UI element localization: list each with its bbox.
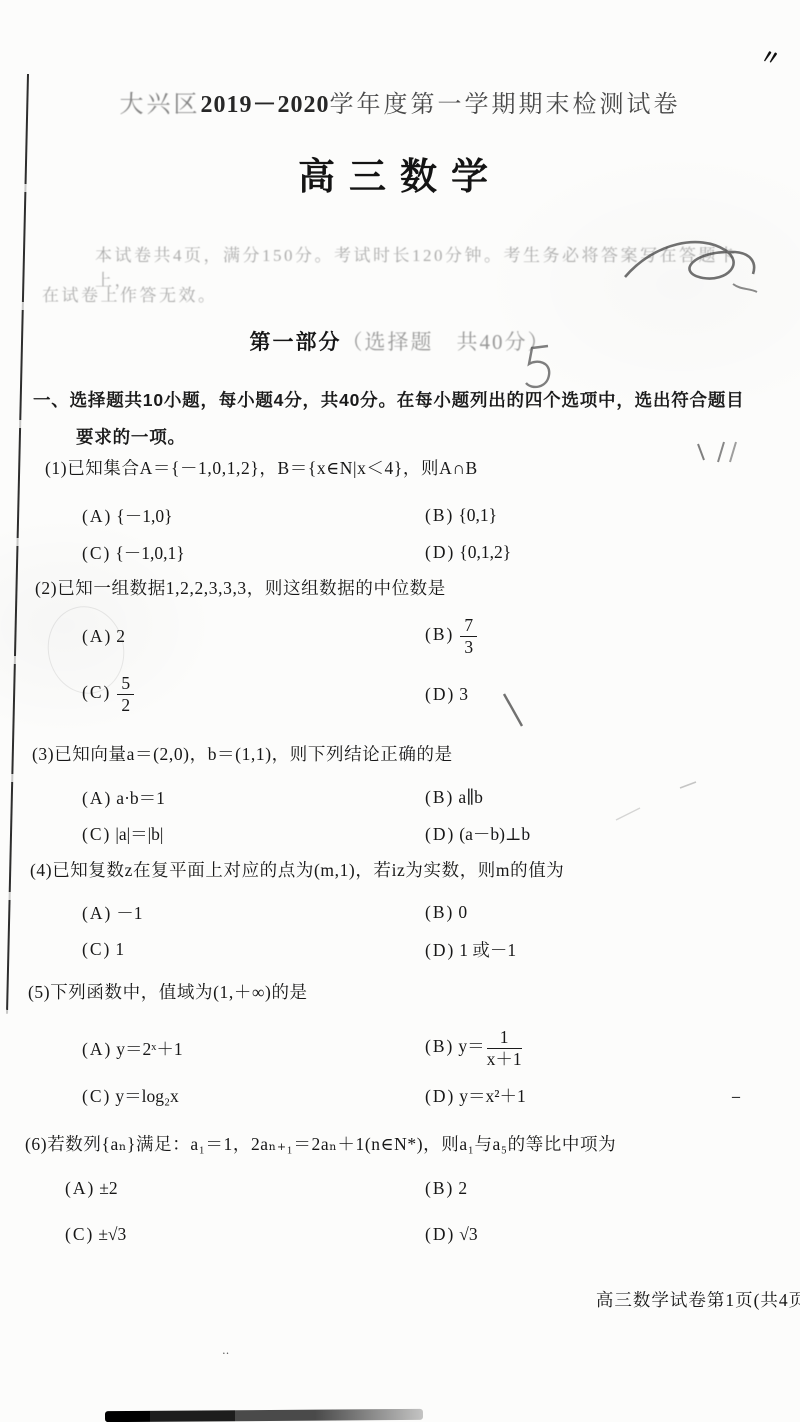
header-year: 2019－2020 [201,92,330,118]
section-1-subtitle: （选择题 共40分） [342,330,551,354]
corner-ditto-mark: 〃 [757,40,784,74]
part1-intro-line-2: 要求的一项。 [76,424,186,449]
question-6-stem: (6)若数列{aₙ}满足：a₁＝1，2aₙ₊₁＝2aₙ＋1(n∈N*)，则a₁与… [25,1131,770,1156]
question-6-options-row-1: (A)±2 (B)2 [30,1178,770,1199]
instructions-line-2: 在试卷上作答无效。 [42,281,218,306]
option-2d: (D)3 [425,684,770,705]
question-5-options-row-2: (C)y＝log₂x (D)y＝x²＋1 [30,1083,770,1108]
page-title: 高三数学 [0,146,800,200]
scan-speck: ‥ [222,1344,231,1357]
option-6d: (D)√3 [425,1224,770,1245]
option-3a: (A)a·b＝1 [30,785,425,810]
option-6a: (A)±2 [30,1178,425,1199]
footer-page-number: 高三数学试卷第1页(共4页) [596,1287,800,1312]
option-1a: (A){－1,0} [30,503,425,528]
option-6c: (C)±√3 [30,1224,425,1245]
option-4d: (D)1 或－1 [425,937,770,962]
question-5-options-row-1: (A)y＝2ˣ＋1 (B)y＝1x＋1 [30,1020,770,1076]
exam-header: 大兴区2019－2020学年度第一学期期末检测试卷 [0,84,800,119]
question-2-stem: (2)已知一组数据1,2,2,3,3,3，则这组数据的中位数是 [35,575,780,600]
question-1-stem: (1)已知集合A＝{－1,0,1,2}，B＝{x∈N|x＜4}，则A∩B [45,455,790,480]
option-4a: (A)－1 [30,900,425,925]
header-district: 大兴区 [120,92,201,118]
question-4-options-row-2: (C)1 (D)1 或－1 [30,937,770,962]
option-5b: (B)y＝1x＋1 [425,1028,770,1068]
fraction: 1x＋1 [487,1028,522,1068]
question-3-options-row-1: (A)a·b＝1 (B)a∥b [30,785,770,810]
question-1-options-row-2: (C){－1,0,1} (D){0,1,2} [30,540,770,565]
option-1d: (D){0,1,2} [425,542,770,563]
option-2b: (B)73 [425,616,770,656]
option-5c: (C)y＝log₂x [30,1083,425,1108]
fraction: 73 [460,616,477,656]
option-4c: (C)1 [30,939,425,960]
scanned-exam-page: 〃 ‥ – 大兴区2019－2020学年度第一学期期末检测试卷 高三数学 本试卷… [0,0,800,1422]
option-4b: (B)0 [425,902,770,923]
option-1b: (B){0,1} [425,505,770,526]
option-3c: (C)|a|＝|b| [30,821,425,846]
section-1-heading: 第一部分（选择题 共40分） [0,326,800,356]
option-3b: (B)a∥b [425,787,770,808]
header-exam-name: 学年度第一学期期末检测试卷 [330,92,681,118]
question-6-options-row-2: (C)±√3 (D)√3 [30,1224,770,1245]
fraction: 52 [117,674,134,714]
question-3-options-row-2: (C)|a|＝|b| (D)(a－b)⊥b [30,821,770,846]
scan-edge-line [6,74,29,1014]
option-2c: (C)52 [30,674,425,714]
question-4-options-row-1: (A)－1 (B)0 [30,900,770,925]
option-5a: (A)y＝2ˣ＋1 [30,1036,425,1061]
question-4-stem: (4)已知复数z在复平面上对应的点为(m,1)，若iz为实数，则m的值为 [30,857,775,882]
question-3-stem: (3)已知向量a＝(2,0)，b＝(1,1)，则下列结论正确的是 [32,741,777,766]
question-5-stem: (5)下列函数中，值域为(1,＋∞)的是 [28,979,773,1004]
question-2-options-row-2: (C)52 (D)3 [30,668,770,720]
part1-intro-line-1: 一、选择题共10小题，每小题4分，共40分。在每小题列出的四个选项中，选出符合题… [33,387,778,412]
question-2-options-row-1: (A)2 (B)73 [30,610,770,662]
option-5d: (D)y＝x²＋1 [425,1083,770,1108]
scan-bottom-bar [105,1409,423,1422]
option-6b: (B)2 [425,1178,770,1199]
question-1-options-row-1: (A){－1,0} (B){0,1} [30,503,770,528]
section-1-title: 第一部分 [250,331,342,354]
option-1c: (C){－1,0,1} [30,540,425,565]
option-3d: (D)(a－b)⊥b [425,821,770,846]
option-2a: (A)2 [30,626,425,647]
